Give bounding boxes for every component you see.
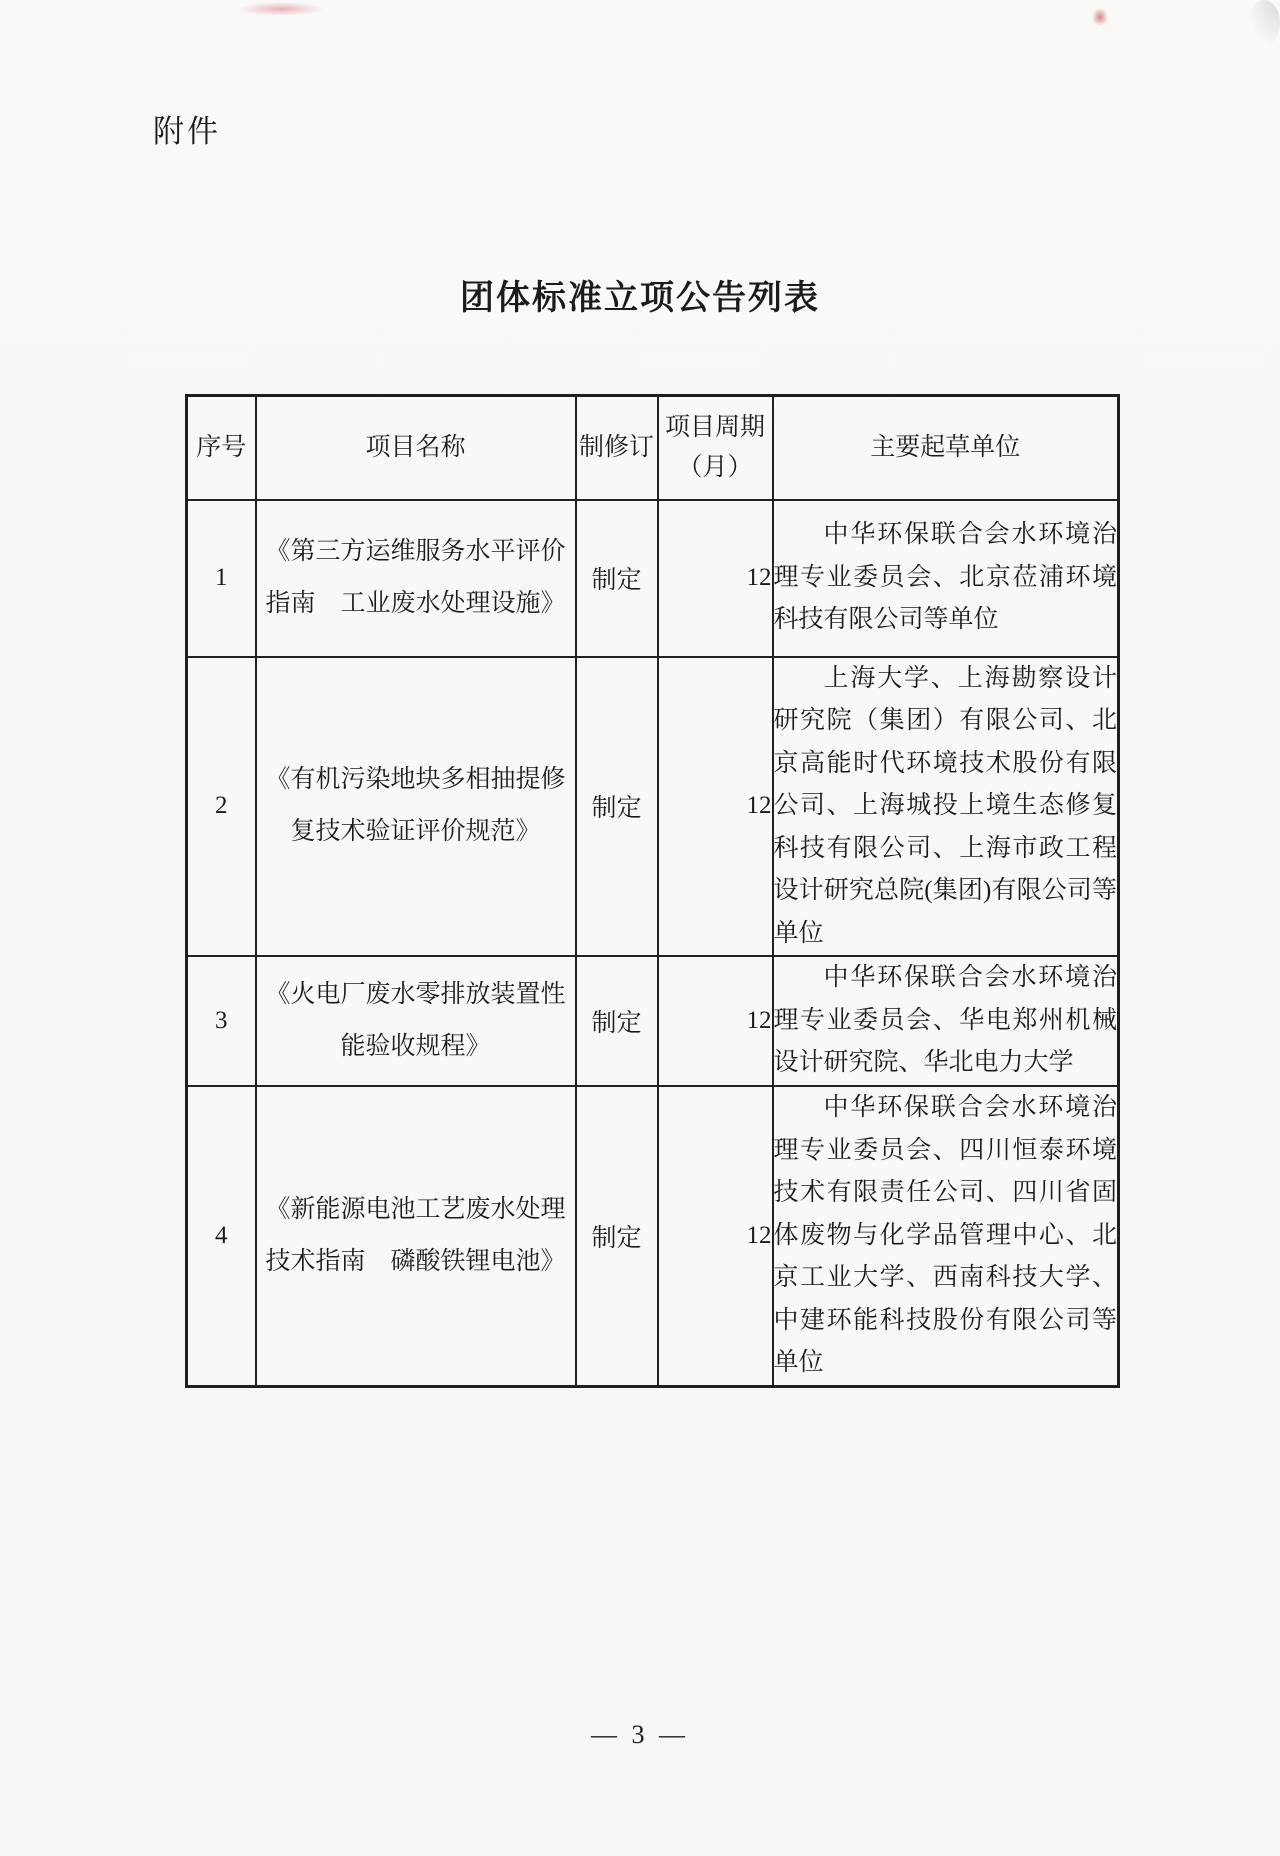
cell-project-name: 《新能源电池工艺废水处理技术指南 磷酸铁锂电池》 xyxy=(256,1086,576,1386)
table-row: 4 《新能源电池工艺废水处理技术指南 磷酸铁锂电池》 制定 12 中华环保联合会… xyxy=(187,1086,1119,1386)
table-row: 2 《有机污染地块多相抽提修复技术验证评价规范》 制定 12 上海大学、上海勘察… xyxy=(187,657,1119,957)
cell-project-period: 12 xyxy=(658,1086,773,1386)
cell-project-period: 12 xyxy=(658,657,773,957)
header-drafting-units: 主要起草单位 xyxy=(773,396,1119,500)
cell-revision-type: 制定 xyxy=(576,657,658,957)
cell-serial-number: 4 xyxy=(187,1086,256,1386)
cell-project-name: 《火电厂废水零排放装置性能验收规程》 xyxy=(256,956,576,1086)
cell-drafting-units: 中华环保联合会水环境治理专业委员会、四川恒泰环境技术有限责任公司、四川省固体废物… xyxy=(773,1086,1119,1386)
table-header-row: 序号 项目名称 制修订 项目周期 （月） 主要起草单位 xyxy=(187,396,1119,500)
page-title: 团体标准立项公告列表 xyxy=(0,270,1280,319)
cell-project-period: 12 xyxy=(658,956,773,1086)
cell-project-name: 《有机污染地块多相抽提修复技术验证评价规范》 xyxy=(256,657,576,957)
header-revision-type: 制修订 xyxy=(576,396,658,500)
header-project-period: 项目周期 （月） xyxy=(658,396,773,500)
table-row: 1 《第三方运维服务水平评价指南 工业废水处理设施》 制定 12 中华环保联合会… xyxy=(187,500,1119,657)
cell-serial-number: 1 xyxy=(187,500,256,657)
table-row: 3 《火电厂废水零排放装置性能验收规程》 制定 12 中华环保联合会水环境治理专… xyxy=(187,956,1119,1086)
header-serial-number: 序号 xyxy=(187,396,256,500)
header-project-name: 项目名称 xyxy=(256,396,576,500)
scan-artifact xyxy=(1248,0,1280,46)
cell-serial-number: 3 xyxy=(187,956,256,1086)
scan-artifact xyxy=(238,2,324,16)
page-number: — 3 — xyxy=(0,1720,1280,1750)
scan-artifact xyxy=(1092,8,1108,26)
attachment-label: 附件 xyxy=(153,106,221,151)
cell-serial-number: 2 xyxy=(187,657,256,957)
cell-project-name: 《第三方运维服务水平评价指南 工业废水处理设施》 xyxy=(256,500,576,657)
document-page: 附件 团体标准立项公告列表 序号 项目名称 制修订 项目周期 （月） 主要起草单… xyxy=(0,0,1280,1856)
cell-revision-type: 制定 xyxy=(576,956,658,1086)
cell-revision-type: 制定 xyxy=(576,500,658,657)
cell-drafting-units: 中华环保联合会水环境治理专业委员会、北京莅浦环境科技有限公司等单位 xyxy=(773,500,1119,657)
standards-announcement-table: 序号 项目名称 制修订 项目周期 （月） 主要起草单位 1 《第三方运维服务水平… xyxy=(185,394,1120,1388)
cell-project-period: 12 xyxy=(658,500,773,657)
cell-drafting-units: 上海大学、上海勘察设计研究院（集团）有限公司、北京高能时代环境技术股份有限公司、… xyxy=(773,657,1119,957)
cell-revision-type: 制定 xyxy=(576,1086,658,1386)
cell-drafting-units: 中华环保联合会水环境治理专业委员会、华电郑州机械设计研究院、华北电力大学 xyxy=(773,956,1119,1086)
